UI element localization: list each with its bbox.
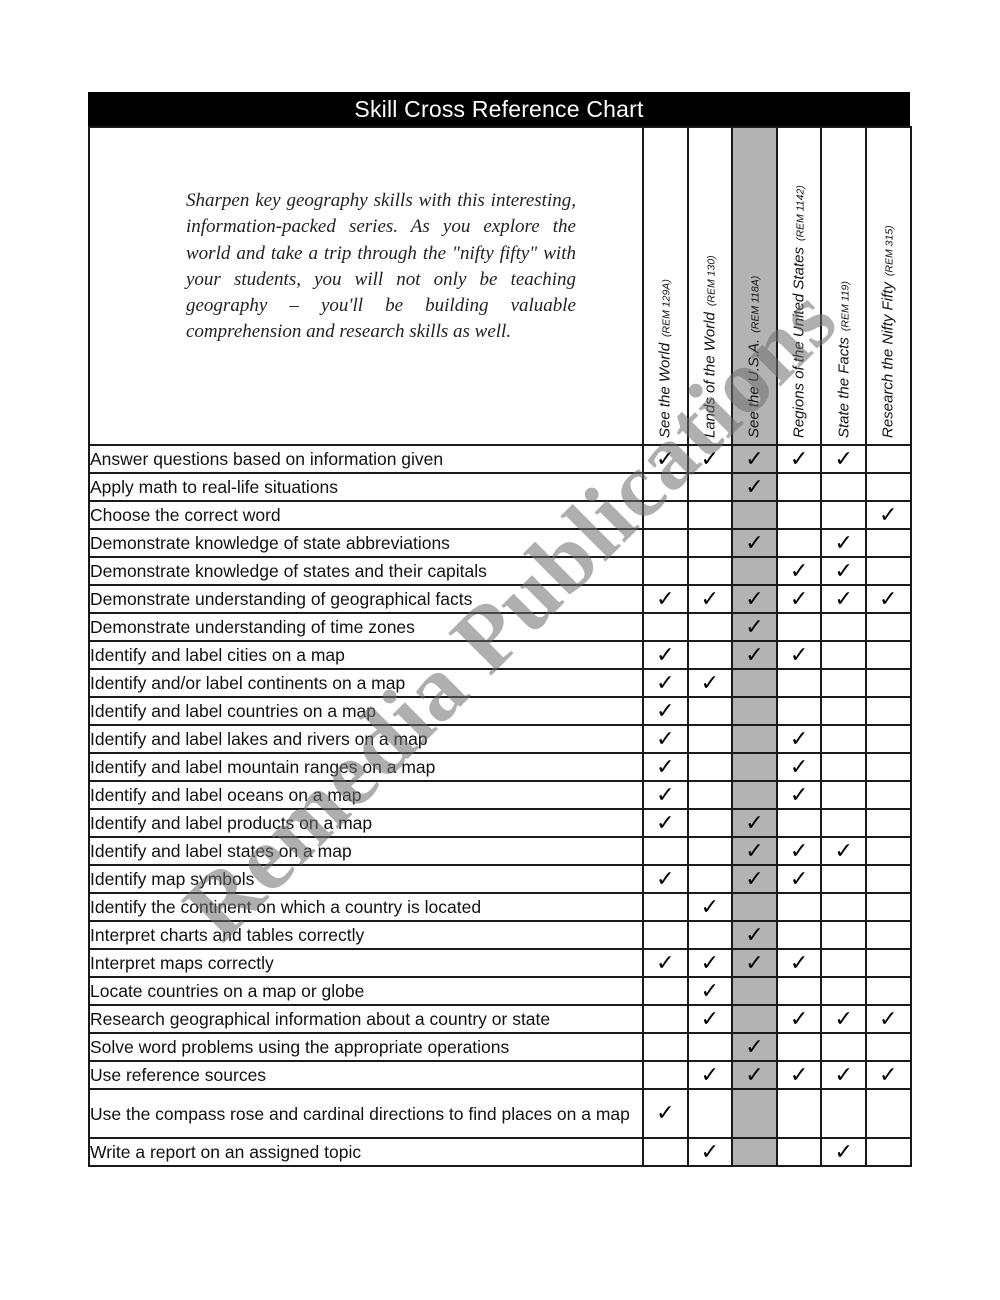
check-icon: ✓ (732, 1033, 777, 1061)
check-icon: ✓ (688, 1005, 733, 1033)
empty-cell (643, 473, 688, 501)
skill-label: Interpret maps correctly (89, 949, 643, 977)
check-icon: ✓ (688, 977, 733, 1005)
check-icon: ✓ (777, 949, 822, 977)
product-column-header: Research the Nifty Fifty(REM 315) (866, 127, 911, 445)
skill-label: Identify and label countries on a map (89, 697, 643, 725)
product-label: Research the Nifty Fifty(REM 315) (880, 225, 897, 438)
empty-cell (732, 725, 777, 753)
check-icon: ✓ (643, 865, 688, 893)
check-icon: ✓ (777, 837, 822, 865)
check-icon: ✓ (688, 1061, 733, 1089)
empty-cell (821, 781, 866, 809)
product-name: See the World (657, 343, 674, 438)
empty-cell (732, 1005, 777, 1033)
product-name: Regions of the United States (791, 247, 808, 438)
skill-label: Identify and label cities on a map (89, 641, 643, 669)
check-icon: ✓ (821, 445, 866, 473)
empty-cell (866, 613, 911, 641)
empty-cell (866, 669, 911, 697)
empty-cell (821, 949, 866, 977)
product-code: (REM 129A) (661, 279, 673, 337)
check-icon: ✓ (732, 865, 777, 893)
empty-cell (777, 1089, 822, 1138)
empty-cell (821, 865, 866, 893)
check-icon: ✓ (821, 557, 866, 585)
table-row: Identify and label mountain ranges on a … (89, 753, 911, 781)
table-row: Identify and label countries on a map✓ (89, 697, 911, 725)
empty-cell (866, 557, 911, 585)
product-label: State the Facts(REM 119) (835, 281, 852, 438)
empty-cell (866, 977, 911, 1005)
empty-cell (688, 781, 733, 809)
empty-cell (688, 697, 733, 725)
empty-cell (866, 641, 911, 669)
skill-label: Identify and label oceans on a map (89, 781, 643, 809)
skill-label: Identify and label lakes and rivers on a… (89, 725, 643, 753)
empty-cell (688, 865, 733, 893)
product-code: (REM 130) (705, 255, 717, 306)
skill-label: Identify map symbols (89, 865, 643, 893)
skill-label: Answer questions based on information gi… (89, 445, 643, 473)
table-row: Interpret charts and tables correctly✓ (89, 921, 911, 949)
empty-cell (777, 697, 822, 725)
table-row: Identify map symbols✓✓✓ (89, 865, 911, 893)
check-icon: ✓ (777, 445, 822, 473)
check-icon: ✓ (866, 585, 911, 613)
intro-text: Sharpen key geography skills with this i… (186, 188, 576, 346)
table-row: Identify and label lakes and rivers on a… (89, 725, 911, 753)
empty-cell (866, 1138, 911, 1166)
empty-cell (643, 1005, 688, 1033)
table-row: Use the compass rose and cardinal direct… (89, 1089, 911, 1138)
check-icon: ✓ (643, 641, 688, 669)
check-icon: ✓ (732, 641, 777, 669)
empty-cell (821, 697, 866, 725)
skill-label: Identify and label products on a map (89, 809, 643, 837)
empty-cell (732, 697, 777, 725)
empty-cell (688, 613, 733, 641)
check-icon: ✓ (777, 585, 822, 613)
check-icon: ✓ (643, 1089, 688, 1138)
skill-label: Identify and label states on a map (89, 837, 643, 865)
empty-cell (821, 921, 866, 949)
empty-cell (732, 893, 777, 921)
empty-cell (688, 529, 733, 557)
empty-cell (643, 1138, 688, 1166)
check-icon: ✓ (777, 1005, 822, 1033)
product-label: Lands of the World(REM 130) (701, 255, 718, 438)
table-row: Write a report on an assigned topic✓✓ (89, 1138, 911, 1166)
check-icon: ✓ (643, 753, 688, 781)
skill-label: Solve word problems using the appropriat… (89, 1033, 643, 1061)
empty-cell (866, 697, 911, 725)
table-row: Identify the continent on which a countr… (89, 893, 911, 921)
check-icon: ✓ (866, 1005, 911, 1033)
empty-cell (643, 837, 688, 865)
empty-cell (777, 529, 822, 557)
empty-cell (866, 809, 911, 837)
empty-cell (821, 473, 866, 501)
empty-cell (866, 725, 911, 753)
check-icon: ✓ (821, 585, 866, 613)
check-icon: ✓ (777, 1061, 822, 1089)
check-icon: ✓ (732, 837, 777, 865)
empty-cell (866, 893, 911, 921)
skill-label: Choose the correct word (89, 501, 643, 529)
empty-cell (821, 753, 866, 781)
skills-body: Answer questions based on information gi… (89, 445, 911, 1166)
empty-cell (777, 473, 822, 501)
check-icon: ✓ (732, 921, 777, 949)
empty-cell (688, 557, 733, 585)
check-icon: ✓ (688, 669, 733, 697)
empty-cell (777, 1033, 822, 1061)
product-name: State the Facts (835, 337, 852, 438)
skill-label: Demonstrate knowledge of states and thei… (89, 557, 643, 585)
table-row: Research geographical information about … (89, 1005, 911, 1033)
check-icon: ✓ (777, 753, 822, 781)
empty-cell (777, 669, 822, 697)
check-icon: ✓ (777, 781, 822, 809)
check-icon: ✓ (866, 1061, 911, 1089)
skill-label: Identify and label mountain ranges on a … (89, 753, 643, 781)
table-row: Identify and/or label continents on a ma… (89, 669, 911, 697)
skill-label: Interpret charts and tables correctly (89, 921, 643, 949)
empty-cell (777, 613, 822, 641)
empty-cell (821, 1033, 866, 1061)
empty-cell (732, 977, 777, 1005)
empty-cell (866, 529, 911, 557)
check-icon: ✓ (643, 781, 688, 809)
product-code: (REM 119) (839, 281, 851, 331)
empty-cell (866, 837, 911, 865)
skill-label: Demonstrate understanding of time zones (89, 613, 643, 641)
table-row: Interpret maps correctly✓✓✓✓ (89, 949, 911, 977)
check-icon: ✓ (732, 529, 777, 557)
check-icon: ✓ (777, 557, 822, 585)
empty-cell (821, 641, 866, 669)
check-icon: ✓ (688, 585, 733, 613)
product-column-header: See the World(REM 129A) (643, 127, 688, 445)
empty-cell (866, 473, 911, 501)
empty-cell (688, 1089, 733, 1138)
empty-cell (777, 977, 822, 1005)
table-row: Use reference sources✓✓✓✓✓ (89, 1061, 911, 1089)
empty-cell (777, 921, 822, 949)
empty-cell (643, 501, 688, 529)
table-row: Demonstrate understanding of geographica… (89, 585, 911, 613)
check-icon: ✓ (777, 725, 822, 753)
product-code: (REM 1142) (795, 185, 807, 241)
check-icon: ✓ (732, 585, 777, 613)
product-name: See the U.S.A. (746, 339, 763, 438)
check-icon: ✓ (643, 697, 688, 725)
empty-cell (643, 529, 688, 557)
skill-label: Locate countries on a map or globe (89, 977, 643, 1005)
product-code: (REM 315) (884, 225, 896, 276)
empty-cell (866, 1033, 911, 1061)
header-row: Sharpen key geography skills with this i… (89, 127, 911, 445)
product-column-header: Lands of the World(REM 130) (688, 127, 733, 445)
empty-cell (688, 725, 733, 753)
table-row: Identify and label oceans on a map✓✓ (89, 781, 911, 809)
empty-cell (643, 557, 688, 585)
skill-label: Identify the continent on which a countr… (89, 893, 643, 921)
product-label: See the World(REM 129A) (657, 279, 674, 438)
check-icon: ✓ (643, 725, 688, 753)
table-row: Apply math to real-life situations✓ (89, 473, 911, 501)
table-row: Choose the correct word✓ (89, 501, 911, 529)
table-row: Identify and label cities on a map✓✓✓ (89, 641, 911, 669)
empty-cell (732, 781, 777, 809)
check-icon: ✓ (821, 837, 866, 865)
table-row: Locate countries on a map or globe✓ (89, 977, 911, 1005)
check-icon: ✓ (732, 949, 777, 977)
skill-label: Research geographical information about … (89, 1005, 643, 1033)
table-row: Identify and label products on a map✓✓ (89, 809, 911, 837)
empty-cell (732, 1089, 777, 1138)
check-icon: ✓ (821, 529, 866, 557)
empty-cell (866, 781, 911, 809)
table-row: Answer questions based on information gi… (89, 445, 911, 473)
product-name: Lands of the World (701, 312, 718, 438)
empty-cell (643, 893, 688, 921)
skill-cross-reference-chart: Skill Cross Reference Chart Sharpen key … (88, 92, 910, 1167)
empty-cell (643, 1033, 688, 1061)
empty-cell (866, 921, 911, 949)
check-icon: ✓ (643, 949, 688, 977)
check-icon: ✓ (866, 501, 911, 529)
empty-cell (688, 837, 733, 865)
empty-cell (821, 809, 866, 837)
empty-cell (821, 725, 866, 753)
empty-cell (777, 501, 822, 529)
skill-label: Use the compass rose and cardinal direct… (89, 1089, 643, 1138)
empty-cell (732, 557, 777, 585)
empty-cell (688, 501, 733, 529)
empty-cell (866, 753, 911, 781)
empty-cell (821, 613, 866, 641)
check-icon: ✓ (643, 809, 688, 837)
check-icon: ✓ (732, 445, 777, 473)
product-label: Regions of the United States(REM 1142) (791, 185, 808, 438)
check-icon: ✓ (821, 1005, 866, 1033)
empty-cell (821, 669, 866, 697)
check-icon: ✓ (643, 445, 688, 473)
empty-cell (866, 949, 911, 977)
table-row: Demonstrate knowledge of states and thei… (89, 557, 911, 585)
empty-cell (732, 753, 777, 781)
skill-label: Demonstrate knowledge of state abbreviat… (89, 529, 643, 557)
empty-cell (688, 809, 733, 837)
check-icon: ✓ (732, 473, 777, 501)
check-icon: ✓ (643, 585, 688, 613)
product-code: (REM 118A) (750, 276, 762, 333)
check-icon: ✓ (732, 809, 777, 837)
product-column-header: See the U.S.A.(REM 118A) (732, 127, 777, 445)
product-label: See the U.S.A.(REM 118A) (746, 276, 763, 438)
skill-label: Identify and/or label continents on a ma… (89, 669, 643, 697)
table-row: Solve word problems using the appropriat… (89, 1033, 911, 1061)
empty-cell (688, 921, 733, 949)
product-column-header: State the Facts(REM 119) (821, 127, 866, 445)
check-icon: ✓ (643, 669, 688, 697)
empty-cell (777, 809, 822, 837)
empty-cell (866, 865, 911, 893)
empty-cell (777, 893, 822, 921)
empty-cell (866, 445, 911, 473)
empty-cell (821, 977, 866, 1005)
skill-label: Write a report on an assigned topic (89, 1138, 643, 1166)
empty-cell (821, 1089, 866, 1138)
product-column-header: Regions of the United States(REM 1142) (777, 127, 822, 445)
empty-cell (643, 977, 688, 1005)
check-icon: ✓ (688, 1138, 733, 1166)
empty-cell (643, 1061, 688, 1089)
empty-cell (777, 1138, 822, 1166)
empty-cell (821, 893, 866, 921)
empty-cell (866, 1089, 911, 1138)
table-row: Demonstrate understanding of time zones✓ (89, 613, 911, 641)
empty-cell (688, 753, 733, 781)
empty-cell (688, 1033, 733, 1061)
empty-cell (688, 641, 733, 669)
chart-title: Skill Cross Reference Chart (88, 92, 910, 126)
skill-label: Demonstrate understanding of geographica… (89, 585, 643, 613)
check-icon: ✓ (777, 865, 822, 893)
table-row: Identify and label states on a map✓✓✓ (89, 837, 911, 865)
check-icon: ✓ (821, 1138, 866, 1166)
skills-table: Sharpen key geography skills with this i… (88, 126, 912, 1167)
skill-label: Apply math to real-life situations (89, 473, 643, 501)
empty-cell (643, 613, 688, 641)
check-icon: ✓ (732, 1061, 777, 1089)
intro-cell: Sharpen key geography skills with this i… (89, 127, 643, 445)
skill-label: Use reference sources (89, 1061, 643, 1089)
empty-cell (732, 1138, 777, 1166)
empty-cell (821, 501, 866, 529)
check-icon: ✓ (821, 1061, 866, 1089)
product-name: Research the Nifty Fifty (880, 282, 897, 438)
empty-cell (732, 501, 777, 529)
empty-cell (643, 921, 688, 949)
check-icon: ✓ (688, 445, 733, 473)
check-icon: ✓ (688, 949, 733, 977)
empty-cell (732, 669, 777, 697)
check-icon: ✓ (732, 613, 777, 641)
empty-cell (688, 473, 733, 501)
table-row: Demonstrate knowledge of state abbreviat… (89, 529, 911, 557)
check-icon: ✓ (688, 893, 733, 921)
check-icon: ✓ (777, 641, 822, 669)
